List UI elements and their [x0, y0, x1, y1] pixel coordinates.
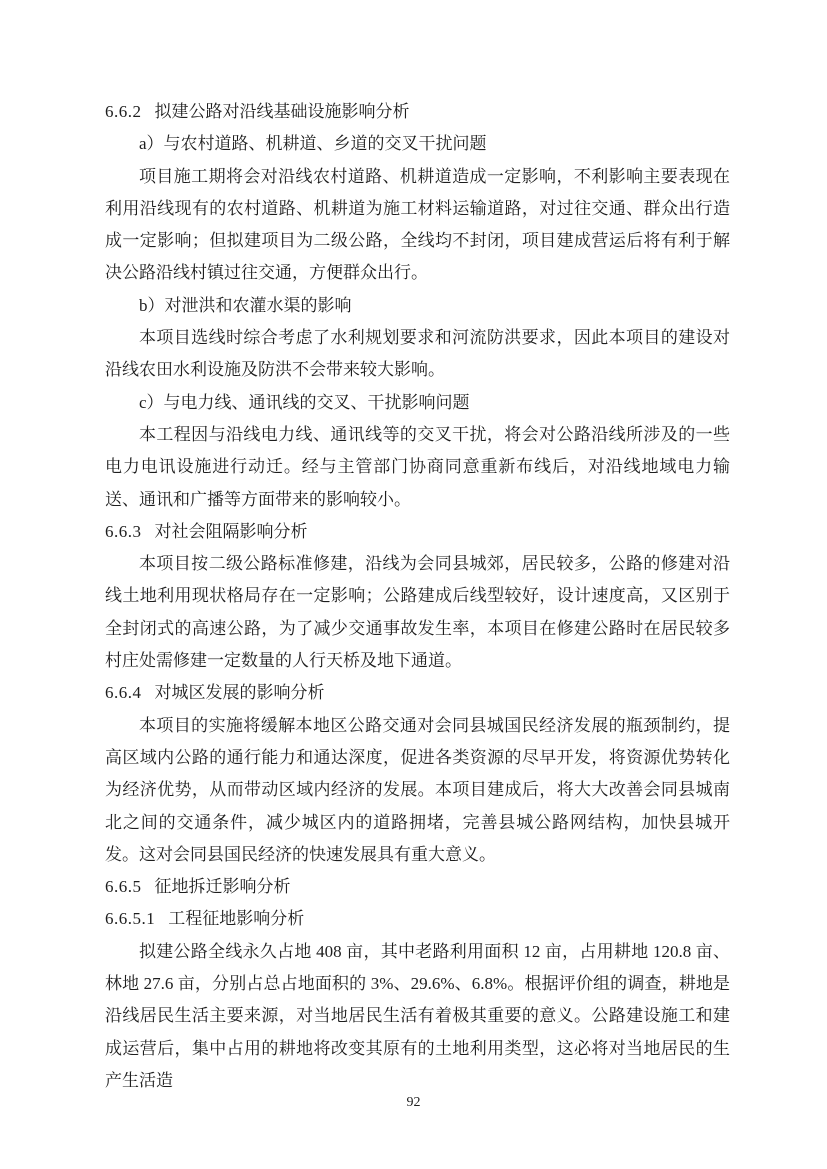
page-number: 92	[407, 1095, 421, 1110]
section-number: 6.6.5.1	[105, 903, 155, 935]
section-heading: 6.6.5征地拆迁影响分析	[105, 871, 730, 903]
section-number: 6.6.3	[105, 516, 142, 548]
section-number: 6.6.5	[105, 871, 142, 903]
list-item-heading: c）与电力线、通讯线的交叉、干扰影响问题	[105, 387, 730, 419]
section-heading: 6.6.2拟建公路对沿线基础设施影响分析	[105, 96, 730, 128]
document-body: 6.6.2拟建公路对沿线基础设施影响分析a）与农村道路、机耕道、乡道的交叉干扰问…	[105, 96, 730, 1097]
body-paragraph: 本项目选线时综合考虑了水利规划要求和河流防洪要求，因此本项目的建设对沿线农田水利…	[105, 322, 730, 387]
section-title: 征地拆迁影响分析	[155, 877, 291, 896]
section-title: 拟建公路对沿线基础设施影响分析	[155, 102, 410, 121]
section-heading: 6.6.4对城区发展的影响分析	[105, 677, 730, 709]
list-item-heading: a）与农村道路、机耕道、乡道的交叉干扰问题	[105, 128, 730, 160]
list-item-heading: b）对泄洪和农灌水渠的影响	[105, 290, 730, 322]
section-heading: 6.6.3对社会阻隔影响分析	[105, 516, 730, 548]
section-title: 工程征地影响分析	[168, 909, 304, 928]
body-paragraph: 项目施工期将会对沿线农村道路、机耕道造成一定影响，不利影响主要表现在利用沿线现有…	[105, 161, 730, 290]
body-paragraph: 本项目的实施将缓解本地区公路交通对会同县城国民经济发展的瓶颈制约，提高区域内公路…	[105, 710, 730, 871]
body-paragraph: 拟建公路全线永久占地 408 亩，其中老路利用面积 12 亩，占用耕地 120.…	[105, 936, 730, 1097]
section-number: 6.6.2	[105, 96, 142, 128]
section-heading: 6.6.5.1工程征地影响分析	[105, 903, 730, 935]
section-number: 6.6.4	[105, 677, 142, 709]
page-footer: 92	[0, 1095, 827, 1111]
section-title: 对社会阻隔影响分析	[155, 522, 308, 541]
document-page: 6.6.2拟建公路对沿线基础设施影响分析a）与农村道路、机耕道、乡道的交叉干扰问…	[0, 0, 827, 1169]
body-paragraph: 本项目按二级公路标准修建，沿线为会同县城郊，居民较多，公路的修建对沿线土地利用现…	[105, 548, 730, 677]
section-title: 对城区发展的影响分析	[155, 683, 325, 702]
body-paragraph: 本工程因与沿线电力线、通讯线等的交叉干扰，将会对公路沿线所涉及的一些电力电讯设施…	[105, 419, 730, 516]
